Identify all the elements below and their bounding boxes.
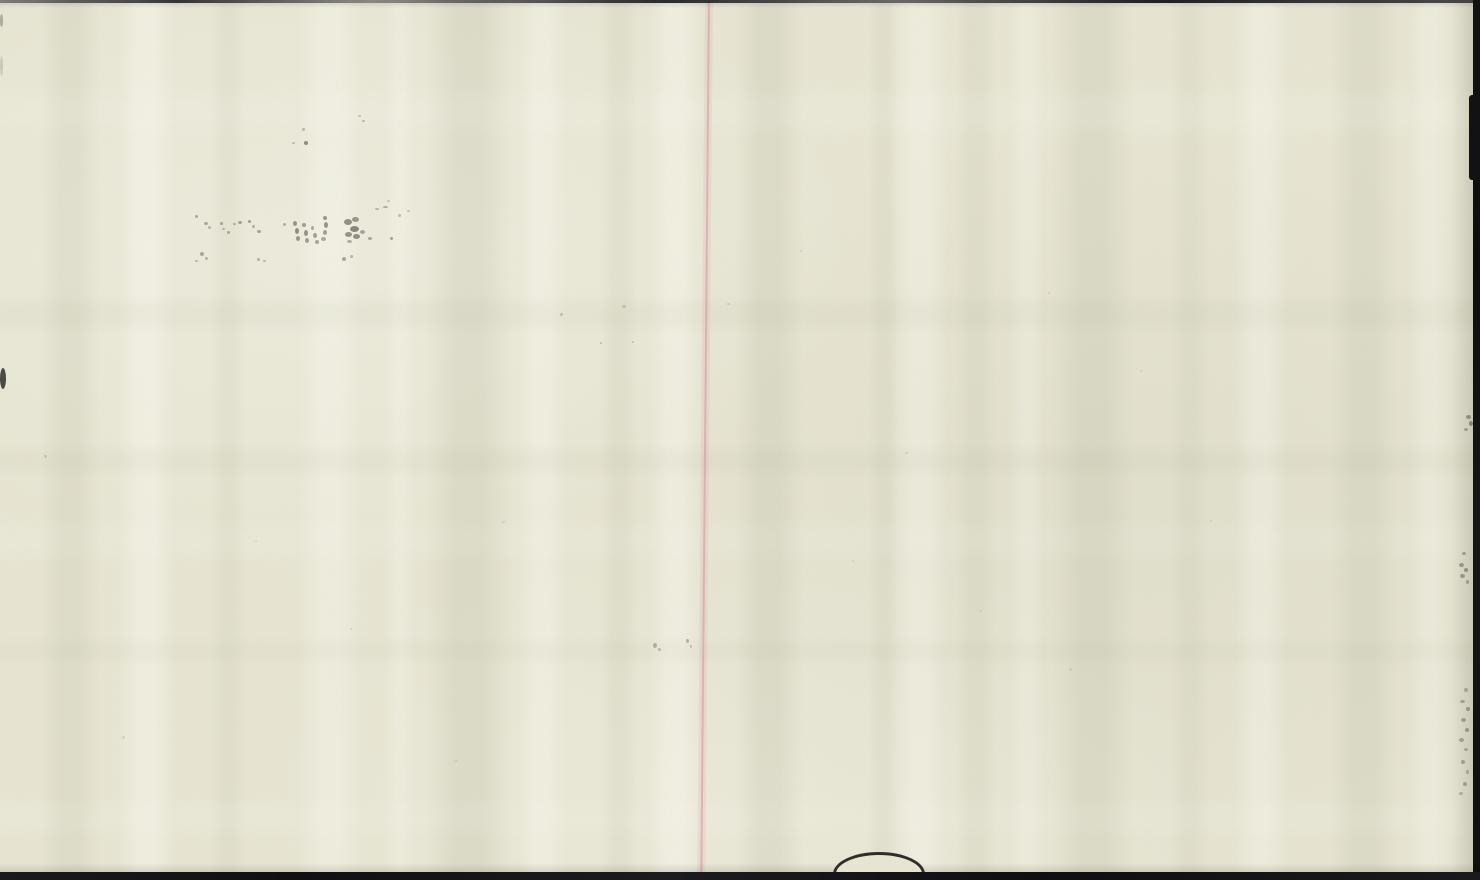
scanned-page [0, 0, 1480, 880]
paper-surface [0, 0, 1480, 880]
